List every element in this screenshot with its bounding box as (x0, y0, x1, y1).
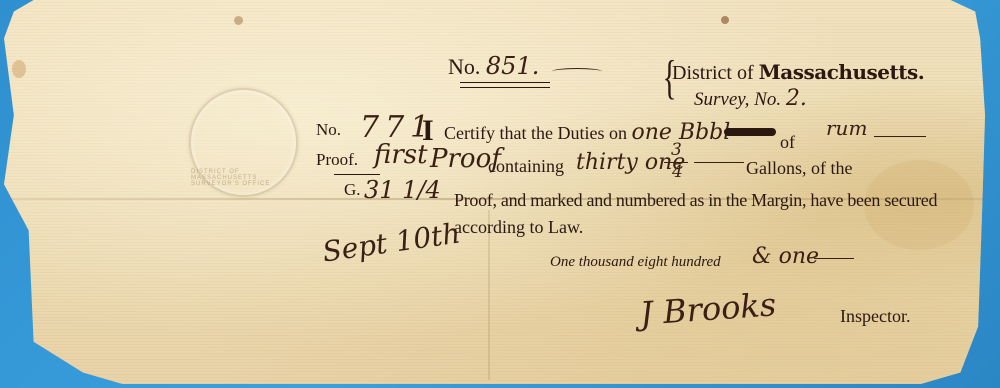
age-stain (12, 60, 26, 78)
survey-line: Survey, No. 2. (694, 86, 807, 111)
certificate-number-label: No. (448, 54, 480, 79)
inspector-title: Inspector. (840, 306, 910, 327)
body-line-3: Proof, and marked and numbered as in the… (454, 190, 937, 211)
certificate-number: No. 851. (448, 52, 539, 80)
inspector-signature: J Brooks (639, 285, 777, 332)
district-line: District of Massachusetts. (672, 60, 924, 85)
number-underline (460, 82, 550, 88)
body-item: rum (826, 116, 867, 140)
printed-year: One thousand eight hundred (550, 254, 721, 271)
amount-flourish (694, 162, 744, 163)
certificate-number-value: 851. (486, 52, 539, 80)
margin-gallons-label: G. (344, 180, 361, 200)
body-fraction-den: 4 (672, 162, 683, 182)
body-line-4: according to Law. (454, 217, 583, 238)
survey-value: 2. (786, 86, 807, 111)
body-line-1: Certify that the Duties on one Bbbl (444, 120, 730, 145)
margin-gallons-value: 31 1/4 (364, 176, 441, 204)
district-label: District of (672, 62, 754, 84)
district-name: Massachusetts. (759, 60, 925, 84)
drop-cap: I (422, 114, 434, 148)
certificate-paper: DISTRICT OF MASSACHUSETTS · SURVEYOR'S O… (4, 0, 990, 384)
age-stain (721, 16, 729, 24)
item-flourish (874, 136, 926, 137)
margin-divider (334, 174, 380, 175)
body-of: of (780, 132, 795, 153)
seal-text: DISTRICT OF MASSACHUSETTS · SURVEYOR'S O… (191, 90, 296, 195)
body-gallons: Gallons, of the (746, 158, 852, 179)
margin-proof-label: Proof. (316, 150, 358, 170)
age-stain (234, 16, 243, 25)
strikeout-mark (724, 128, 776, 136)
margin-proof-value: first (374, 140, 428, 170)
survey-label: Survey, No. (694, 89, 781, 110)
embossed-seal: DISTRICT OF MASSACHUSETTS · SURVEYOR'S O… (189, 88, 298, 197)
number-flourish (552, 68, 602, 75)
margin-no-label: No. (316, 120, 341, 140)
hand-date: Sept 10th (320, 217, 462, 269)
body-fraction-num: 3 (671, 140, 682, 160)
year-flourish (814, 258, 854, 259)
hand-year: & one (752, 244, 819, 269)
body-containing: containing (488, 156, 564, 177)
body-certify-text: Certify that the Duties on (444, 123, 627, 143)
